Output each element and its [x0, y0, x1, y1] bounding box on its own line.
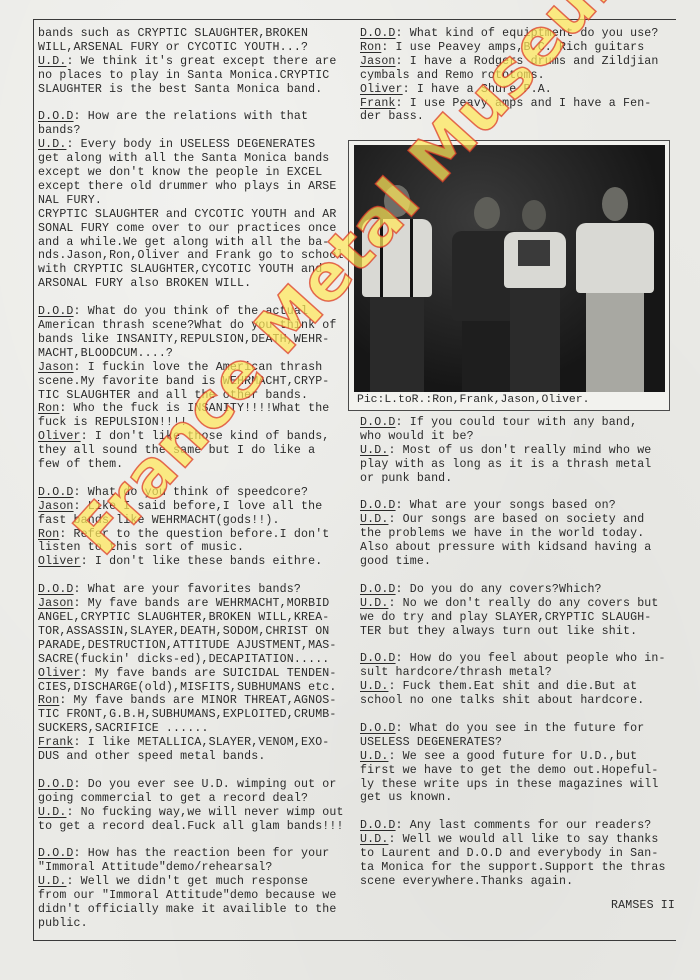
text-line: CIES,DISCHARGE(old),MISFITS,SUBHUMANS et…: [38, 681, 350, 695]
text-line: ARSONAL FURY also BROKEN WILL.: [38, 277, 350, 291]
line-text: : Our songs are based on society and: [388, 513, 644, 526]
text-line: D.O.D: If you could tour with any band,: [360, 416, 675, 430]
top-rule: [33, 19, 676, 20]
qa-block: D.O.D: Do you do any covers?Which?U.D.: …: [360, 583, 675, 639]
text-line: listen to this sort of music.: [38, 541, 350, 555]
speaker-label: D.O.D: [360, 27, 396, 40]
text-line: TIC FRONT,G.B.H,SUBHUMANS,EXPLOITED,CRUM…: [38, 708, 350, 722]
line-text: nds.Jason,Ron,Oliver and Frank go to sch…: [38, 249, 344, 262]
text-line: scene.My favorite band is WEHRMACHT,CRYP…: [38, 375, 350, 389]
line-text: : If you could tour with any band,: [396, 416, 638, 429]
line-text: with CRYPTIC SLAUGHTER,CYCOTIC YOUTH and: [38, 263, 322, 276]
line-text: : Well we didn't get much response: [66, 875, 308, 888]
line-text: bands?: [38, 124, 81, 137]
line-text: bands like INSANITY,REPULSION,DEATH,WEHR…: [38, 333, 329, 346]
qa-block: D.O.D: How are the relations with thatba…: [38, 110, 350, 291]
text-line: fast bands like WEHRMACHT(gods!!).: [38, 514, 350, 528]
line-text: : Do you ever see U.D. wimping out or: [74, 778, 337, 791]
text-line: bands like INSANITY,REPULSION,DEATH,WEHR…: [38, 333, 350, 347]
text-line: U.D.: Well we would all like to say than…: [360, 833, 675, 847]
speaker-label: D.O.D: [360, 722, 396, 735]
line-text: : No we don't really do any covers but: [388, 597, 658, 610]
line-text: except we don't know the people in EXCEL: [38, 166, 322, 179]
text-line: TER but they always turn out like shit.: [360, 625, 675, 639]
qa-block: D.O.D: What are your songs based on?U.D.…: [360, 499, 675, 569]
line-text: TIC SLAUGHTER and all the other bands.: [38, 389, 308, 402]
text-line: Jason: Like I said before,I love all the: [38, 500, 350, 514]
line-text: : What do you think of speedcore?: [74, 486, 309, 499]
speaker-label: U.D.: [38, 55, 66, 68]
line-text: they all sound the same but I do like a: [38, 444, 315, 457]
text-line: bands such as CRYPTIC SLAUGHTER,BROKEN: [38, 27, 350, 41]
text-line: U.D.: We think it's great except there a…: [38, 55, 350, 69]
line-text: : How do you feel about people who in-: [396, 652, 666, 665]
text-line: U.D.: No fucking way,we will never wimp …: [38, 806, 350, 820]
line-text: : How are the relations with that: [74, 110, 309, 123]
text-line: D.O.D: What do you think of the actual: [38, 305, 350, 319]
line-text: ta Monica for the support.Support the th…: [360, 861, 666, 874]
line-text: : I don't like those kind of bands,: [81, 430, 330, 443]
line-text: few of them.: [38, 458, 123, 471]
qa-block: D.O.D: How has the reaction been for you…: [38, 847, 350, 930]
line-text: : What are your songs based on?: [396, 499, 616, 512]
text-line: get along with all the Santa Monica band…: [38, 152, 350, 166]
qa-block: D.O.D: What do you see in the future for…: [360, 722, 675, 805]
line-text: : Well we would all like to say thanks: [388, 833, 658, 846]
author-signature: RAMSES II: [360, 899, 697, 913]
text-line: SONAL FURY come over to our practices on…: [38, 222, 350, 236]
line-text: : My fave bands are WEHRMACHT,MORBID: [74, 597, 330, 610]
text-line: who would it be?: [360, 430, 675, 444]
line-text: "Immoral Attitude"demo/rehearsal?: [38, 861, 273, 874]
text-line: D.O.D: Any last comments for our readers…: [360, 819, 675, 833]
line-text: : Every body in USELESS DEGENERATES: [66, 138, 315, 151]
photo-caption: Pic:L.toR.:Ron,Frank,Jason,Oliver.: [357, 394, 589, 406]
line-text: SUCKERS,SACRIFICE ......: [38, 722, 209, 735]
text-line: and a while.We get along with all the ba…: [38, 236, 350, 250]
line-text: ANGEL,CRYPTIC SLAUGHTER,BROKEN WILL,KREA…: [38, 611, 329, 624]
line-text: : I have a Rodgers drums and Zildjian: [396, 55, 659, 68]
speaker-label: Ron: [38, 694, 59, 707]
line-text: : My fave bands are SUICIDAL TENDEN-: [81, 667, 337, 680]
band-photo-frame: Pic:L.toR.:Ron,Frank,Jason,Oliver.: [348, 140, 670, 411]
text-line: school no one talks shit about hardcore.: [360, 694, 675, 708]
line-text: SONAL FURY come over to our practices on…: [38, 222, 337, 235]
line-text: cymbals and Remo rototoms.: [360, 69, 545, 82]
text-line: get us known.: [360, 791, 675, 805]
text-line: with CRYPTIC SLAUGHTER,CYCOTIC YOUTH and: [38, 263, 350, 277]
line-text: going commercial to get a record deal?: [38, 792, 308, 805]
text-line: we do try and play SLAYER,CRYPTIC SLAUGH…: [360, 611, 675, 625]
speaker-label: D.O.D: [360, 819, 396, 832]
speaker-label: D.O.D: [360, 652, 396, 665]
line-text: : Fuck them.Eat shit and die.But at: [388, 680, 637, 693]
text-line: fuck is REPULSION!!!!: [38, 416, 350, 430]
text-line: or punk band.: [360, 472, 675, 486]
qa-block: D.O.D: If you could tour with any band,w…: [360, 416, 675, 486]
text-line: D.O.D: What are your songs based on?: [360, 499, 675, 513]
speaker-label: U.D.: [38, 806, 66, 819]
left-column-interview: bands such as CRYPTIC SLAUGHTER,BROKENWI…: [38, 27, 350, 945]
line-text: : I like METALLICA,SLAYER,VENOM,EXO-: [74, 736, 330, 749]
text-line: first we have to get the demo out.Hopefu…: [360, 764, 675, 778]
text-line: good time.: [360, 555, 675, 569]
text-line: play with as long as it is a thrash meta…: [360, 458, 675, 472]
text-line: Jason: I have a Rodgers drums and Zildji…: [360, 55, 675, 69]
qa-block: D.O.D: Any last comments for our readers…: [360, 819, 675, 889]
line-text: : Any last comments for our readers?: [396, 819, 652, 832]
speaker-label: U.D.: [360, 597, 388, 610]
speaker-label: D.O.D: [38, 847, 74, 860]
text-line: ta Monica for the support.Support the th…: [360, 861, 675, 875]
text-line: sult hardcore/thrash metal?: [360, 666, 675, 680]
text-line: USELESS DEGENERATES?: [360, 736, 675, 750]
qa-block: bands such as CRYPTIC SLAUGHTER,BROKENWI…: [38, 27, 350, 97]
text-line: public.: [38, 917, 350, 931]
line-text: : Like I said before,I love all the: [74, 500, 323, 513]
line-text: : I use Peavey amps,B.C. Rich guitars: [381, 41, 644, 54]
line-text: USELESS DEGENERATES?: [360, 736, 502, 749]
text-line: to get a record deal.Fuck all glam bands…: [38, 820, 350, 834]
text-line: der bass.: [360, 110, 675, 124]
line-text: : Who the fuck is INSANITY!!!!What the: [59, 402, 329, 415]
qa-block: D.O.D: How do you feel about people who …: [360, 652, 675, 708]
speaker-label: Oliver: [38, 430, 81, 443]
text-line: Ron: My fave bands are MINOR THREAT,AGNO…: [38, 694, 350, 708]
text-line: from our "Immoral Attitude"demo because …: [38, 889, 350, 903]
photo-subject-ron: [362, 185, 432, 392]
qa-block: D.O.D: What do you think of speedcore?Ja…: [38, 486, 350, 569]
line-text: scene everywhere.Thanks again.: [360, 875, 573, 888]
text-line: scene everywhere.Thanks again.: [360, 875, 675, 889]
line-text: : Do you do any covers?Which?: [396, 583, 602, 596]
line-text: : We think it's great except there are: [66, 55, 336, 68]
line-text: to get a record deal.Fuck all glam bands…: [38, 820, 344, 833]
text-line: SUCKERS,SACRIFICE ......: [38, 722, 350, 736]
text-line: Frank: I like METALLICA,SLAYER,VENOM,EXO…: [38, 736, 350, 750]
line-text: TER but they always turn out like shit.: [360, 625, 637, 638]
line-text: no places to play in Santa Monica.CRYPTI…: [38, 69, 329, 82]
speaker-label: U.D.: [38, 875, 66, 888]
line-text: TOR,ASSASSIN,SLAYER,DEATH,SODOM,CHRIST O…: [38, 625, 329, 638]
text-line: except there old drummer who plays in AR…: [38, 180, 350, 194]
text-line: DUS and other speed metal bands.: [38, 750, 350, 764]
speaker-label: D.O.D: [360, 499, 396, 512]
speaker-label: D.O.D: [38, 583, 74, 596]
line-text: PARADE,DESTRUCTION,ATTITUDE AJUSTMENT,MA…: [38, 639, 337, 652]
speaker-label: Ron: [360, 41, 381, 54]
text-line: U.D.: Most of us don't really mind who w…: [360, 444, 675, 458]
text-line: going commercial to get a record deal?: [38, 792, 350, 806]
speaker-label: D.O.D: [38, 305, 74, 318]
line-text: to Laurent and D.O.D and everybody in Sa…: [360, 847, 659, 860]
text-line: American thrash scene?What do you think …: [38, 319, 350, 333]
line-text: first we have to get the demo out.Hopefu…: [360, 764, 659, 777]
line-text: bands such as CRYPTIC SLAUGHTER,BROKEN: [38, 27, 308, 40]
text-line: didn't officially make it availible to t…: [38, 903, 350, 917]
line-text: American thrash scene?What do you think …: [38, 319, 337, 332]
line-text: who would it be?: [360, 430, 474, 443]
text-line: SLAUGHTER is the best Santa Monica band.: [38, 83, 350, 97]
text-line: D.O.D: Do you do any covers?Which?: [360, 583, 675, 597]
text-line: D.O.D: How do you feel about people who …: [360, 652, 675, 666]
text-line: D.O.D: How has the reaction been for you…: [38, 847, 350, 861]
photo-subject-oliver: [576, 187, 654, 392]
text-line: Oliver: I don't like those kind of bands…: [38, 430, 350, 444]
line-text: : I have a Shure P.A.: [403, 83, 552, 96]
line-text: CIES,DISCHARGE(old),MISFITS,SUBHUMANS et…: [38, 681, 337, 694]
line-text: we do try and play SLAYER,CRYPTIC SLAUGH…: [360, 611, 651, 624]
line-text: get us known.: [360, 791, 452, 804]
speaker-label: Jason: [360, 55, 396, 68]
speaker-label: U.D.: [360, 833, 388, 846]
line-text: sult hardcore/thrash metal?: [360, 666, 552, 679]
line-text: play with as long as it is a thrash meta…: [360, 458, 651, 471]
speaker-label: D.O.D: [360, 416, 396, 429]
speaker-label: Jason: [38, 597, 74, 610]
text-line: U.D.: Well we didn't get much response: [38, 875, 350, 889]
line-text: : Refer to the question before.I don't: [59, 528, 329, 541]
text-line: bands?: [38, 124, 350, 138]
text-line: Jason: My fave bands are WEHRMACHT,MORBI…: [38, 597, 350, 611]
speaker-label: D.O.D: [38, 778, 74, 791]
line-text: SLAUGHTER is the best Santa Monica band.: [38, 83, 322, 96]
speaker-label: D.O.D: [38, 486, 74, 499]
text-line: Ron: Refer to the question before.I don'…: [38, 528, 350, 542]
text-line: few of them.: [38, 458, 350, 472]
line-text: ly these write ups in these magazines wi…: [360, 778, 659, 791]
line-text: : What do you think of the actual: [74, 305, 309, 318]
text-line: Oliver: I have a Shure P.A.: [360, 83, 675, 97]
line-text: fuck is REPULSION!!!!: [38, 416, 187, 429]
text-line: Oliver: My fave bands are SUICIDAL TENDE…: [38, 667, 350, 681]
text-line: SACRE(fuckin' dicks-ed),DECAPITATION....…: [38, 653, 350, 667]
line-text: get along with all the Santa Monica band…: [38, 152, 329, 165]
line-text: or punk band.: [360, 472, 452, 485]
speaker-label: Jason: [38, 361, 74, 374]
text-line: U.D.: Fuck them.Eat shit and die.But at: [360, 680, 675, 694]
text-line: U.D.: No we don't really do any covers b…: [360, 597, 675, 611]
text-line: D.O.D: What do you see in the future for: [360, 722, 675, 736]
speaker-label: Jason: [38, 500, 74, 513]
line-text: good time.: [360, 555, 431, 568]
speaker-label: Frank: [38, 736, 74, 749]
text-line: cymbals and Remo rototoms.: [360, 69, 675, 83]
speaker-label: Oliver: [38, 555, 81, 568]
text-line: ANGEL,CRYPTIC SLAUGHTER,BROKEN WILL,KREA…: [38, 611, 350, 625]
text-line: U.D.: Every body in USELESS DEGENERATES: [38, 138, 350, 152]
line-text: : My fave bands are MINOR THREAT,AGNOS-: [59, 694, 336, 707]
text-line: no places to play in Santa Monica.CRYPTI…: [38, 69, 350, 83]
line-text: WILL,ARSENAL FURY or CYCOTIC YOUTH...?: [38, 41, 308, 54]
line-text: from our "Immoral Attitude"demo because …: [38, 889, 337, 902]
line-text: TIC FRONT,G.B.H,SUBHUMANS,EXPLOITED,CRUM…: [38, 708, 337, 721]
text-line: TIC SLAUGHTER and all the other bands.: [38, 389, 350, 403]
text-line: Ron: Who the fuck is INSANITY!!!!What th…: [38, 402, 350, 416]
text-line: MACHT,BLOODCUM....?: [38, 347, 350, 361]
text-line: D.O.D: What kind of equiptment do you us…: [360, 27, 675, 41]
line-text: listen to this sort of music.: [38, 541, 244, 554]
right-column-equipment: D.O.D: What kind of equiptment do you us…: [360, 27, 675, 138]
text-line: Also about pressure with kidsand having …: [360, 541, 675, 555]
band-photo: [354, 145, 665, 392]
speaker-label: Oliver: [360, 83, 403, 96]
line-text: scene.My favorite band is WEHRMACHT,CRYP…: [38, 375, 329, 388]
text-line: Oliver: I don't like these bands eithre.: [38, 555, 350, 569]
speaker-label: Ron: [38, 402, 59, 415]
line-text: : What kind of equiptment do you use?: [396, 27, 659, 40]
speaker-label: D.O.D: [360, 583, 396, 596]
text-line: to Laurent and D.O.D and everybody in Sa…: [360, 847, 675, 861]
line-text: : I use Peavy amps and I have a Fen-: [396, 97, 652, 110]
line-text: : How has the reaction been for your: [74, 847, 330, 860]
line-text: : I fuckin love the American thrash: [74, 361, 323, 374]
line-text: the problems we have in the world today.: [360, 527, 644, 540]
line-text: school no one talks shit about hardcore.: [360, 694, 644, 707]
text-line: Jason: I fuckin love the American thrash: [38, 361, 350, 375]
line-text: DUS and other speed metal bands.: [38, 750, 265, 763]
text-line: WILL,ARSENAL FURY or CYCOTIC YOUTH...?: [38, 41, 350, 55]
speaker-label: Ron: [38, 528, 59, 541]
qa-block: D.O.D: What do you think of the actualAm…: [38, 305, 350, 472]
text-line: U.D.: Our songs are based on society and: [360, 513, 675, 527]
line-text: except there old drummer who plays in AR…: [38, 180, 337, 193]
line-text: : Most of us don't really mind who we: [388, 444, 651, 457]
speaker-label: Frank: [360, 97, 396, 110]
speaker-label: U.D.: [360, 680, 388, 693]
text-line: D.O.D: Do you ever see U.D. wimping out …: [38, 778, 350, 792]
text-line: except we don't know the people in EXCEL: [38, 166, 350, 180]
text-line: PARADE,DESTRUCTION,ATTITUDE AJUSTMENT,MA…: [38, 639, 350, 653]
speaker-label: U.D.: [360, 750, 388, 763]
photo-subject-jason: [504, 200, 566, 392]
left-column-border: [33, 19, 34, 940]
line-text: MACHT,BLOODCUM....?: [38, 347, 173, 360]
text-line: TOR,ASSASSIN,SLAYER,DEATH,SODOM,CHRIST O…: [38, 625, 350, 639]
qa-block: D.O.D: What kind of equiptment do you us…: [360, 27, 675, 124]
line-text: : I don't like these bands eithre.: [81, 555, 323, 568]
line-text: der bass.: [360, 110, 424, 123]
text-line: they all sound the same but I do like a: [38, 444, 350, 458]
qa-block: D.O.D: What are your favorites bands?Jas…: [38, 583, 350, 764]
text-line: D.O.D: What do you think of speedcore?: [38, 486, 350, 500]
text-line: "Immoral Attitude"demo/rehearsal?: [38, 861, 350, 875]
speaker-label: U.D.: [38, 138, 66, 151]
speaker-label: D.O.D: [38, 110, 74, 123]
text-line: U.D.: We see a good future for U.D.,but: [360, 750, 675, 764]
line-text: and a while.We get along with all the ba…: [38, 236, 329, 249]
right-column-interview: D.O.D: If you could tour with any band,w…: [360, 416, 675, 903]
text-line: D.O.D: What are your favorites bands?: [38, 583, 350, 597]
text-line: CRYPTIC SLAUGHTER and CYCOTIC YOUTH and …: [38, 208, 350, 222]
text-line: Frank: I use Peavy amps and I have a Fen…: [360, 97, 675, 111]
line-text: public.: [38, 917, 88, 930]
line-text: Also about pressure with kidsand having …: [360, 541, 651, 554]
qa-block: D.O.D: Do you ever see U.D. wimping out …: [38, 778, 350, 834]
line-text: SACRE(fuckin' dicks-ed),DECAPITATION....…: [38, 653, 329, 666]
line-text: ARSONAL FURY also BROKEN WILL.: [38, 277, 251, 290]
speaker-label: U.D.: [360, 444, 388, 457]
line-text: NAL FURY.: [38, 194, 102, 207]
speaker-label: Oliver: [38, 667, 81, 680]
line-text: : No fucking way,we will never wimp out: [66, 806, 343, 819]
text-line: D.O.D: How are the relations with that: [38, 110, 350, 124]
line-text: : We see a good future for U.D.,but: [388, 750, 637, 763]
text-line: ly these write ups in these magazines wi…: [360, 778, 675, 792]
line-text: didn't officially make it availible to t…: [38, 903, 337, 916]
line-text: : What do you see in the future for: [396, 722, 645, 735]
speaker-label: U.D.: [360, 513, 388, 526]
text-line: NAL FURY.: [38, 194, 350, 208]
text-line: nds.Jason,Ron,Oliver and Frank go to sch…: [38, 249, 350, 263]
line-text: : What are your favorites bands?: [74, 583, 301, 596]
text-line: the problems we have in the world today.: [360, 527, 675, 541]
line-text: CRYPTIC SLAUGHTER and CYCOTIC YOUTH and …: [38, 208, 337, 221]
line-text: fast bands like WEHRMACHT(gods!!).: [38, 514, 280, 527]
text-line: Ron: I use Peavey amps,B.C. Rich guitars: [360, 41, 675, 55]
